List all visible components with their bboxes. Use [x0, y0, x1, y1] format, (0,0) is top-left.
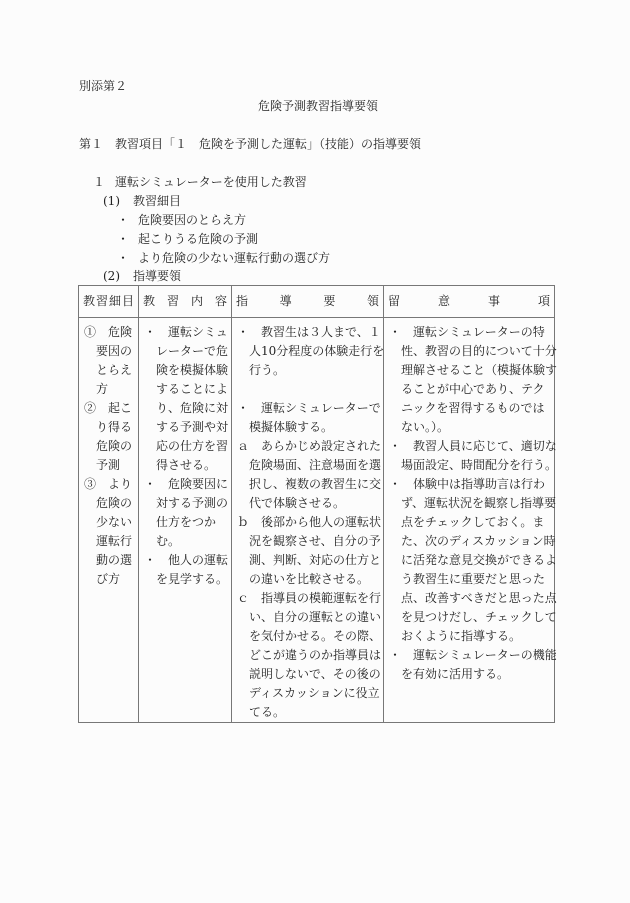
cell-line: 点をチェックしておく。ま	[389, 513, 549, 532]
bullet-icon: ・	[117, 212, 138, 228]
cell-line: 択し、複数の教習生に交	[237, 475, 378, 494]
guidance-heading: (2)指導要領	[103, 268, 181, 284]
column-header: 指導要領	[232, 286, 384, 318]
cell-line: 測、判断、対応の仕方と	[237, 551, 378, 570]
cell-line: ① 危険	[84, 323, 133, 342]
cell-line: 況を観察させ、自分の予	[237, 532, 378, 551]
cell-line: ・ 教習生は３人まで、１	[237, 323, 378, 342]
cell-line: 応の仕方を習	[144, 437, 226, 456]
cell-guidance: ・ 教習生は３人まで、１ 人10分程度の体験走行を 行う。・ 運転シミュレーター…	[232, 318, 384, 723]
cell-line: い、自分の運転との違い	[237, 608, 378, 627]
cell-line: う教習生に重要だと思った	[389, 570, 549, 589]
cell-line: ることが中心であり、テク	[389, 380, 549, 399]
section-heading: 第１ 教習項目「１ 危険を予測した運転」（技能）の指導要領	[79, 136, 421, 152]
cell-line: 危険の	[84, 494, 133, 513]
cell-line: 予測	[84, 456, 133, 475]
cell-line: ・ 危険要因に	[144, 475, 226, 494]
cell-line: に活発な意見交換ができるよ	[389, 551, 549, 570]
document-title: 危険予測教習指導要領	[258, 98, 378, 114]
cell-line: 行う。	[237, 361, 378, 380]
cell-line: 少ない	[84, 513, 133, 532]
cell-line: ・ 運転シミュレーターの機能	[389, 646, 549, 665]
cell-line: を気付かせる。その際、	[237, 627, 378, 646]
cell-line: ・ 他人の運転	[144, 551, 226, 570]
cell-line: ない。）。	[389, 418, 549, 437]
cell-line: た、次のディスカッション時	[389, 532, 549, 551]
cell-line	[237, 380, 378, 399]
cell-line: を見つけだし、チェックして	[389, 608, 549, 627]
items-heading-label: 教習細目	[133, 194, 181, 208]
cell-line: ニックを習得するものでは	[389, 399, 549, 418]
column-header: 留意事項	[384, 286, 555, 318]
table-header-row: 教習細目 教習内容 指導要領 留意事項	[79, 286, 555, 318]
cell-line: ｃ 指導員の模範運転を行	[237, 589, 378, 608]
cell-line: 方	[84, 380, 133, 399]
cell-line: ・ 運転シミュ	[144, 323, 226, 342]
cell-line: ② 起こ	[84, 399, 133, 418]
guidance-heading-number: (2)	[103, 268, 133, 284]
cell-line: 得させる。	[144, 456, 226, 475]
list-item: ・起こりうる危険の予測	[117, 231, 258, 247]
cell-line: ・ 運転シミュレーターの特	[389, 323, 549, 342]
cell-line: する予測や対	[144, 418, 226, 437]
items-heading: (1)教習細目	[103, 193, 181, 209]
cell-line: ディスカッションに役立	[237, 684, 378, 703]
subsection-title: 運転シミュレーターを使用した教習	[115, 175, 307, 189]
cell-line: 対する予測の	[144, 494, 226, 513]
cell-line: を見学する。	[144, 570, 226, 589]
cell-line: の違いを比較させる。	[237, 570, 378, 589]
cell-line: を有効に活用する。	[389, 665, 549, 684]
cell-line: 仕方をつか	[144, 513, 226, 532]
cell-line: 点、改善すべきだと思った点	[389, 589, 549, 608]
bullet-icon: ・	[117, 250, 138, 266]
cell-line: む。	[144, 532, 226, 551]
cell-line: おくように指導する。	[389, 627, 549, 646]
attachment-label: 別添第２	[79, 78, 127, 94]
cell-line: ず、運転状況を観察し指導要	[389, 494, 549, 513]
cell-line: ・ 体験中は指導助言は行わ	[389, 475, 549, 494]
table-row: ① 危険 要因の とらえ 方② 起こ り得る 危険の 予測③ より 危険の 少な…	[79, 318, 555, 723]
guidance-heading-label: 指導要領	[133, 269, 181, 283]
cell-line: 運転行	[84, 532, 133, 551]
cell-line: 危険の	[84, 437, 133, 456]
column-header: 教習細目	[79, 286, 139, 318]
cell-line: することによ	[144, 380, 226, 399]
cell-line: ・ 教習人員に応じて、適切な	[389, 437, 549, 456]
cell-line: ③ より	[84, 475, 133, 494]
cell-line: り得る	[84, 418, 133, 437]
cell-line: 代で体験させる。	[237, 494, 378, 513]
cell-training-items: ① 危険 要因の とらえ 方② 起こ り得る 危険の 予測③ より 危険の 少な…	[79, 318, 139, 723]
subsection-heading: １運転シミュレーターを使用した教習	[93, 174, 307, 190]
cell-line: とらえ	[84, 361, 133, 380]
cell-line: 説明しないで、その後の	[237, 665, 378, 684]
cell-line: 動の選	[84, 551, 133, 570]
items-heading-number: (1)	[103, 193, 133, 209]
cell-line: どこが違うのか指導員は	[237, 646, 378, 665]
cell-line: 険を模擬体験	[144, 361, 226, 380]
cell-notes: ・ 運転シミュレーターの特 性、教習の目的について十分 理解させること（模擬体験…	[384, 318, 555, 723]
list-item: ・危険要因のとらえ方	[117, 212, 246, 228]
cell-line: ａ あらかじめ設定された	[237, 437, 378, 456]
cell-line: 危険場面、注意場面を選	[237, 456, 378, 475]
cell-line: てる。	[237, 703, 378, 722]
cell-line: び方	[84, 570, 133, 589]
column-header: 教習内容	[139, 286, 232, 318]
cell-line: ・ 運転シミュレーターで	[237, 399, 378, 418]
cell-line: 性、教習の目的について十分	[389, 342, 549, 361]
list-item: ・より危険の少ない運転行動の選び方	[117, 250, 330, 266]
subsection-number: １	[93, 174, 115, 190]
cell-line: り、危険に対	[144, 399, 226, 418]
bullet-icon: ・	[117, 231, 138, 247]
guidance-table: 教習細目 教習内容 指導要領 留意事項 ① 危険 要因の とらえ 方② 起こ り…	[78, 285, 555, 723]
cell-training-content: ・ 運転シミュ レーターで危 険を模擬体験 することによ り、危険に対 する予測…	[139, 318, 232, 723]
cell-line: 模擬体験する。	[237, 418, 378, 437]
cell-line: 場面設定、時間配分を行う。	[389, 456, 549, 475]
cell-line: 人10分程度の体験走行を	[237, 342, 378, 361]
cell-line: 理解させること（模擬体験す	[389, 361, 549, 380]
cell-line: レーターで危	[144, 342, 226, 361]
cell-line: 要因の	[84, 342, 133, 361]
cell-line: ｂ 後部から他人の運転状	[237, 513, 378, 532]
